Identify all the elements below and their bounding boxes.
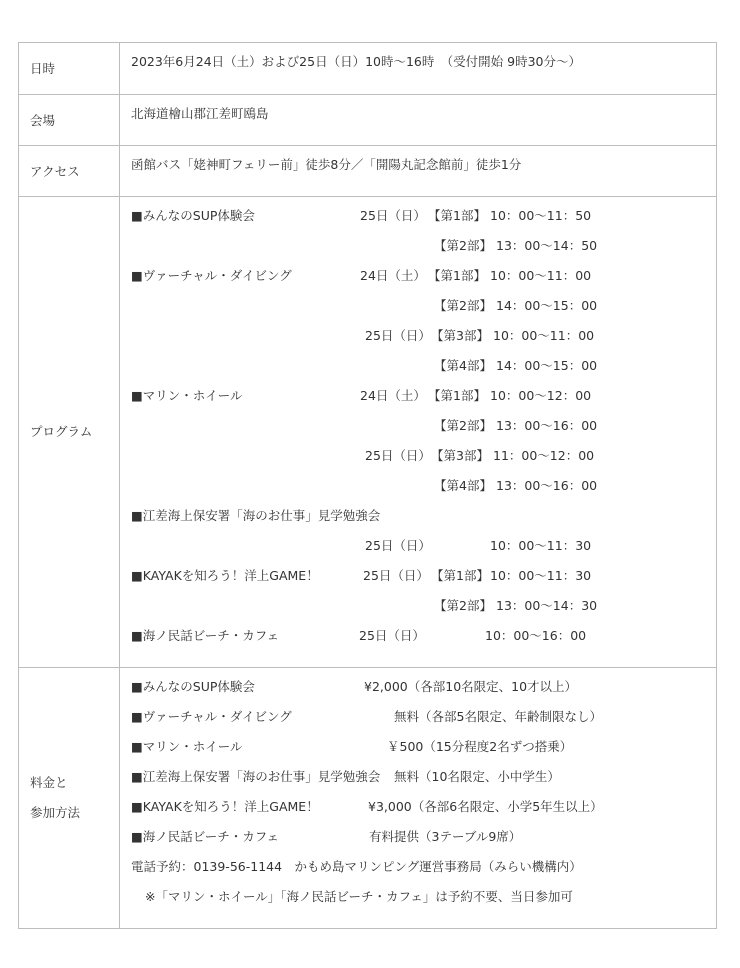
- program-part: 【第3部】: [431, 441, 489, 471]
- program-day: 25日（日）: [363, 561, 429, 591]
- program-time: 14：00〜15：00: [496, 351, 597, 381]
- schedule-line: 【第4部】13：00〜16：00: [131, 471, 716, 501]
- program-part: 【第1部】: [428, 381, 486, 411]
- schedule-line: 25日（日）【第3部】11：00〜12：00: [131, 441, 716, 471]
- schedule-line: 【第2部】13：00〜14：30: [131, 591, 716, 621]
- fee-amount: ￥500（15分程度2名ずつ搭乗）: [387, 732, 572, 762]
- fee-amount: 無料（各部5名限定、年齢制限なし）: [394, 702, 602, 732]
- reservation-note: ※「マリン・ホイール」「海ノ民話ビーチ・カフェ」は予約不要、当日参加可: [131, 882, 716, 912]
- program-part: 【第2部】: [434, 291, 492, 321]
- program-time: 13：00〜16：00: [496, 411, 597, 441]
- row-access: アクセス 函館バス「姥神町フェリー前」徒歩8分／「開陽丸記念館前」徒歩1分: [19, 145, 716, 196]
- fee-program-name: ■海ノ民話ビーチ・カフェ: [131, 822, 279, 852]
- program-day: 25日（日）: [359, 621, 425, 651]
- program-name: ■KAYAKを知ろう！洋上GAME！: [131, 561, 319, 591]
- fee-program-name: ■マリン・ホイール: [131, 732, 243, 762]
- row-datetime: 日時 2023年6月24日（土）および25日（日）10時〜16時 （受付開始 9…: [19, 43, 716, 94]
- schedule-line: 25日（日）10：00〜11：30: [131, 531, 716, 561]
- label-datetime: 日時: [19, 43, 120, 94]
- program-name: ■ヴァーチャル・ダイビング: [131, 261, 292, 291]
- value-venue: 北海道檜山郡江差町鴎島: [120, 95, 716, 145]
- label-text: 日時: [30, 54, 119, 84]
- fee-line: ■海ノ民話ビーチ・カフェ有料提供（3テーブル9席）: [131, 822, 716, 852]
- program-part: 【第2部】: [434, 591, 492, 621]
- schedule-line: 【第2部】13：00〜16：00: [131, 411, 716, 441]
- schedule-line: ■KAYAKを知ろう！洋上GAME！25日（日）【第1部】10：00〜11：30: [131, 561, 716, 591]
- fee-program-name: ■みんなのSUP体験会: [131, 672, 255, 702]
- schedule-line: 【第2部】13：00〜14：50: [131, 231, 716, 261]
- program-time: 10：00〜16：00: [485, 621, 586, 651]
- value-datetime: 2023年6月24日（土）および25日（日）10時〜16時 （受付開始 9時30…: [120, 43, 716, 94]
- fee-line: ■江差海上保安署「海のお仕事」見学勉強会無料（10名限定、小中学生）: [131, 762, 716, 792]
- schedule-line: ■ヴァーチャル・ダイビング24日（土）【第1部】10：00〜11：00: [131, 261, 716, 291]
- label-text: 会場: [30, 106, 119, 136]
- label-access: アクセス: [19, 146, 120, 196]
- program-part: 【第3部】: [431, 321, 489, 351]
- program-time: 10：00〜11：50: [490, 201, 591, 231]
- row-venue: 会場 北海道檜山郡江差町鴎島: [19, 94, 716, 145]
- program-day: 25日（日）: [365, 531, 431, 561]
- label-venue: 会場: [19, 95, 120, 145]
- row-program: プログラム ■みんなのSUP体験会25日（日）【第1部】10：00〜11：50 …: [19, 196, 716, 667]
- program-name: ■海ノ民話ビーチ・カフェ: [131, 621, 279, 651]
- program-part: 【第2部】: [434, 411, 492, 441]
- label-text-line2: 参加方法: [30, 798, 119, 828]
- program-time: 10：00〜11：30: [490, 531, 591, 561]
- fee-amount: ¥2,000（各部10名限定、10才以上）: [364, 672, 577, 702]
- fee-program-name: ■江差海上保安署「海のお仕事」見学勉強会: [131, 762, 380, 792]
- program-part: 【第1部】: [428, 261, 486, 291]
- program-part: 【第2部】: [434, 231, 492, 261]
- program-time: 14：00〜15：00: [496, 291, 597, 321]
- program-day: 25日（日）: [365, 441, 431, 471]
- fee-line: ■マリン・ホイール￥500（15分程度2名ずつ搭乗）: [131, 732, 716, 762]
- program-part: 【第1部】: [428, 201, 486, 231]
- program-name: ■みんなのSUP体験会: [131, 201, 255, 231]
- label-program: プログラム: [19, 197, 120, 667]
- program-time: 13：00〜16：00: [496, 471, 597, 501]
- program-time: 10：00〜11：30: [490, 561, 591, 591]
- label-text: アクセス: [30, 157, 119, 187]
- program-day: 25日（日）: [360, 201, 426, 231]
- program-name: ■江差海上保安署「海のお仕事」見学勉強会: [131, 501, 380, 531]
- schedule-line: ■みんなのSUP体験会25日（日）【第1部】10：00〜11：50: [131, 201, 716, 231]
- label-text: プログラム: [30, 417, 119, 447]
- event-info-table: 日時 2023年6月24日（土）および25日（日）10時〜16時 （受付開始 9…: [18, 42, 717, 929]
- fee-line: ■みんなのSUP体験会¥2,000（各部10名限定、10才以上）: [131, 672, 716, 702]
- row-fees: 料金と 参加方法 ■みんなのSUP体験会¥2,000（各部10名限定、10才以上…: [19, 667, 716, 928]
- program-schedule: ■みんなのSUP体験会25日（日）【第1部】10：00〜11：50 【第2部】1…: [120, 197, 716, 667]
- program-time: 13：00〜14：30: [496, 591, 597, 621]
- program-part: 【第4部】: [434, 471, 492, 501]
- program-part: 【第4部】: [434, 351, 492, 381]
- program-time: 13：00〜14：50: [496, 231, 597, 261]
- program-time: 10：00〜12：00: [490, 381, 591, 411]
- fee-amount: ¥3,000（各部6名限定、小学5年生以上）: [368, 792, 603, 822]
- value-access: 函館バス「姥神町フェリー前」徒歩8分／「開陽丸記念館前」徒歩1分: [120, 146, 716, 196]
- schedule-line: ■マリン・ホイール24日（土）【第1部】10：00〜12：00: [131, 381, 716, 411]
- fee-line: ■KAYAKを知ろう！洋上GAME！¥3,000（各部6名限定、小学5年生以上）: [131, 792, 716, 822]
- fee-amount: 有料提供（3テーブル9席）: [369, 822, 521, 852]
- schedule-line: ■海ノ民話ビーチ・カフェ25日（日）10：00〜16：00: [131, 621, 716, 651]
- fee-program-name: ■KAYAKを知ろう！洋上GAME！: [131, 792, 319, 822]
- schedule-line: ■江差海上保安署「海のお仕事」見学勉強会: [131, 501, 716, 531]
- schedule-line: 25日（日）【第3部】10：00〜11：00: [131, 321, 716, 351]
- program-time: 11：00〜12：00: [493, 441, 594, 471]
- program-day: 25日（日）: [365, 321, 431, 351]
- schedule-line: 【第2部】14：00〜15：00: [131, 291, 716, 321]
- phone-reservation: 電話予約：0139-56-1144 かもめ島マリンピング運営事務局（みらい機構内…: [131, 852, 716, 882]
- program-day: 24日（土）: [360, 261, 426, 291]
- fee-amount: 無料（10名限定、小中学生）: [394, 762, 560, 792]
- program-time: 10：00〜11：00: [493, 321, 594, 351]
- label-text-line1: 料金と: [30, 768, 119, 798]
- fee-program-name: ■ヴァーチャル・ダイビング: [131, 702, 292, 732]
- label-fees: 料金と 参加方法: [19, 668, 120, 928]
- program-part: 【第1部】: [431, 561, 489, 591]
- fee-line: ■ヴァーチャル・ダイビング無料（各部5名限定、年齢制限なし）: [131, 702, 716, 732]
- program-name: ■マリン・ホイール: [131, 381, 243, 411]
- schedule-line: 【第4部】14：00〜15：00: [131, 351, 716, 381]
- program-day: 24日（土）: [360, 381, 426, 411]
- program-time: 10：00〜11：00: [490, 261, 591, 291]
- fee-list: ■みんなのSUP体験会¥2,000（各部10名限定、10才以上） ■ヴァーチャル…: [120, 668, 716, 928]
